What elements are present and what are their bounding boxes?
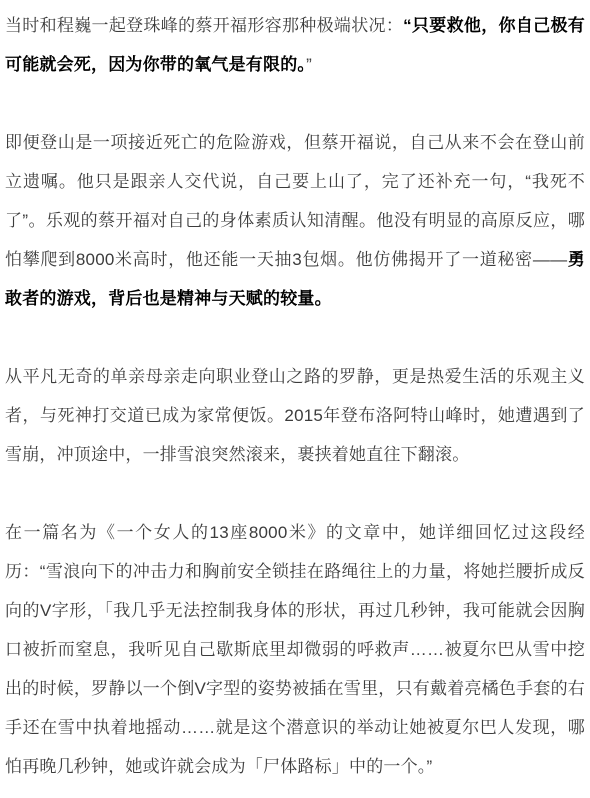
text-run: 在一篇名为《一个女人的13座8000米》的文章中，她详细回忆过这段经历：“雪浪向…: [5, 523, 585, 776]
text-run: ”: [306, 55, 312, 74]
article-body: 当时和程巍一起登珠峰的蔡开福形容那种极端状况：“只要救他，你自己极有可能就会死，…: [5, 6, 585, 786]
paragraph: 即便登山是一项接近死亡的危险游戏，但蔡开福说，自己从来不会在登山前立遗嘱。他只是…: [5, 123, 585, 318]
paragraph: 在一篇名为《一个女人的13座8000米》的文章中，她详细回忆过这段经历：“雪浪向…: [5, 513, 585, 786]
text-run: 当时和程巍一起登珠峰的蔡开福形容那种极端状况：: [5, 16, 403, 35]
text-run: 即便登山是一项接近死亡的危险游戏，但蔡开福说，自己从来不会在登山前立遗嘱。他只是…: [5, 133, 585, 269]
paragraph: 当时和程巍一起登珠峰的蔡开福形容那种极端状况：“只要救他，你自己极有可能就会死，…: [5, 6, 585, 84]
paragraph-container: 当时和程巍一起登珠峰的蔡开福形容那种极端状况：“只要救他，你自己极有可能就会死，…: [5, 6, 585, 786]
text-run: 从平凡无奇的单亲母亲走向职业登山之路的罗静，更是热爱生活的乐观主义者，与死神打交…: [5, 367, 585, 464]
paragraph: 从平凡无奇的单亲母亲走向职业登山之路的罗静，更是热爱生活的乐观主义者，与死神打交…: [5, 357, 585, 474]
